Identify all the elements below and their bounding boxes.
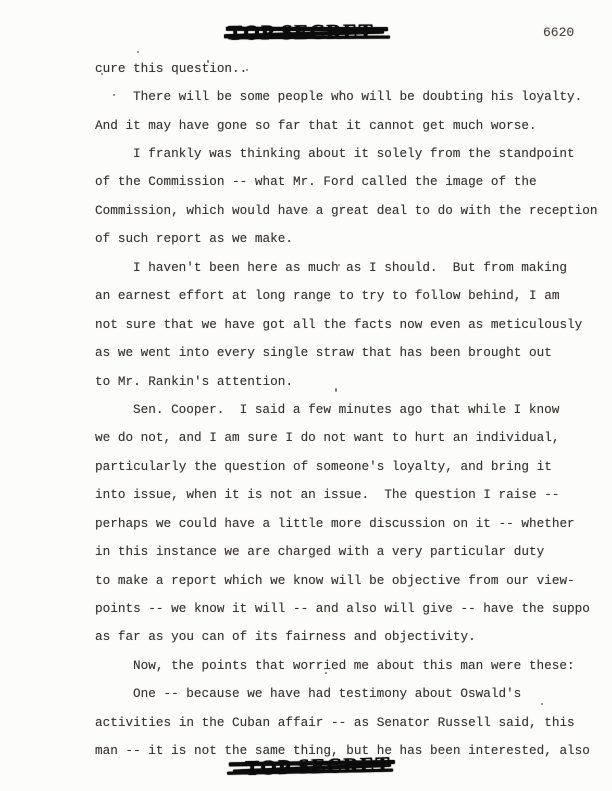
page-number: 6620 [543,25,574,40]
scan-speck [137,51,139,53]
scan-speck [101,73,103,75]
transcript-line: into issue, when it is not an issue. The… [95,481,604,509]
transcript-line: an earnest effort at long range to try t… [95,282,604,310]
scan-speck [436,296,437,298]
transcript-line: perhaps we could have a little more disc… [95,509,604,537]
transcript-line: I haven't been here as much as I should.… [95,253,604,281]
transcript-line: One -- because we have had testimony abo… [95,680,604,708]
transcript-line: There will be some people who will be do… [95,82,604,110]
transcript-line: Commission, which would have a great dea… [95,196,604,224]
transcript-line: as far as you can of its fairness and ob… [95,623,604,651]
transcript-line: And it may have gone so far that it cann… [95,111,604,139]
transcript-line: in this instance we are charged with a v… [95,537,604,565]
transcript-line: activities in the Cuban affair -- as Sen… [95,708,604,736]
scan-speck [541,703,543,705]
scan-speck [325,672,327,674]
transcript-line: particularly the question of someone's l… [95,452,604,480]
scanned-document-page: TOP SECRET 6620 cure this question..Ther… [0,0,612,791]
transcript-line: not sure that we have got all the facts … [95,310,604,338]
transcript-line: I frankly was thinking about it solely f… [95,139,604,167]
scan-speck [335,388,337,392]
top-secret-stamp-top: TOP SECRET [228,22,374,44]
transcript-line: points -- we know it will -- and also wi… [95,594,604,622]
top-secret-stamp-bottom: TOP SECRET [245,755,391,779]
transcript-line: to Mr. Rankin's attention. [95,367,604,395]
transcript-line: Sen. Cooper. I said a few minutes ago th… [95,395,604,423]
scan-speck [340,92,342,94]
transcript-line: cure this question.. [95,54,604,82]
scan-speck [113,94,115,96]
strikethrough-line [228,36,390,40]
scan-speck [207,60,209,63]
transcript-line: of the Commission -- what Mr. Ford calle… [95,168,604,196]
transcript-line: we do not, and I am sure I do not want t… [95,424,604,452]
transcript-line: of such report as we make. [95,225,604,253]
transcript-line: Now, the points that worried me about th… [95,651,604,679]
scan-speck [338,264,340,266]
transcript-line: as we went into every single straw that … [95,338,604,366]
scan-speck [246,69,248,71]
transcript-body: cure this question..There will be some p… [95,54,604,765]
transcript-line: to make a report which we know will be o… [95,566,604,594]
